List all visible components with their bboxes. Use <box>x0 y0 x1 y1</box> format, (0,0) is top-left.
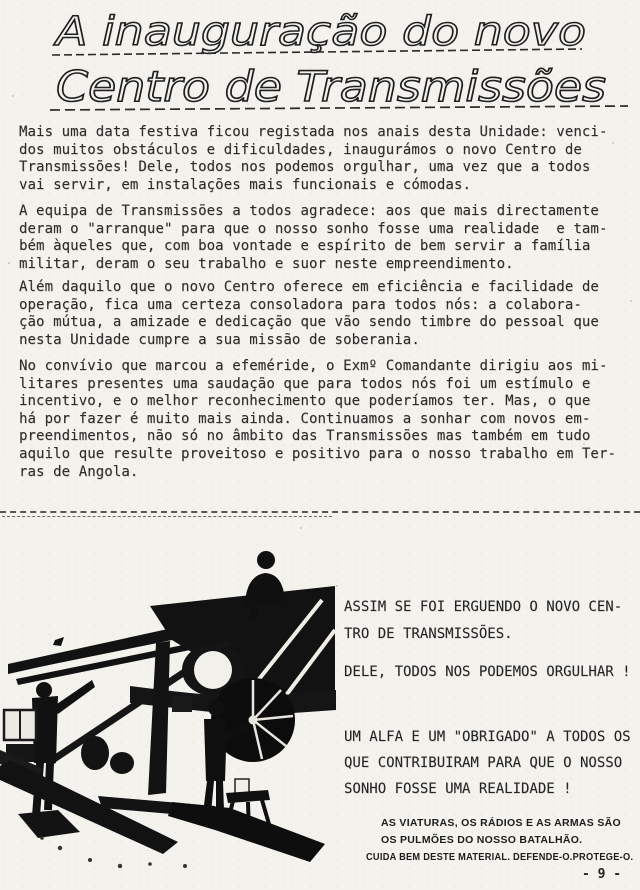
roof-structure <box>8 586 336 795</box>
title-line-2: Centro de Transmissões <box>56 62 606 111</box>
paragraph-3: Além daquilo que o novo Centro oferece e… <box>19 279 639 349</box>
paragraph-2: A equipa de Transmissões a todos agradec… <box>19 203 639 273</box>
photo-caption-1: ASSIM SE FOI ERGUENDO O NOVO CEN- TRO DE… <box>344 594 622 648</box>
photo-caption-2: DELE, TODOS NOS PODEMOS ORGULHAR ! <box>344 664 631 680</box>
section-divider-segment <box>2 516 332 517</box>
title-line-1: A inauguração do novo <box>53 9 586 55</box>
paper-speck <box>630 300 632 302</box>
page-title: A inauguração do novo Centro de Transmis… <box>0 4 640 118</box>
footer-slogan-line-2: OS PULMÕES DO NOSSO BATALHÃO. <box>381 834 582 846</box>
construction-photo <box>0 548 336 882</box>
paper-speck <box>8 262 10 264</box>
footer-slogan-line-1: AS VIATURAS, OS RÁDIOS E AS ARMAS SÃO <box>381 817 621 829</box>
paragraph-4: No convívio que marcou a efeméride, o Ex… <box>19 358 639 481</box>
paper-speck <box>300 527 302 529</box>
paper-speck <box>583 443 585 445</box>
footer-slogan-line-3: CUIDA BEM DESTE MATERIAL. DEFENDE-O.PROT… <box>366 851 633 863</box>
page-number: - 9 - <box>582 867 621 882</box>
paper-speck <box>612 142 614 144</box>
photo-caption-3: UM ALFA E UM "OBRIGADO" A TODOS OS QUE C… <box>344 724 631 802</box>
paper-speck <box>336 585 338 587</box>
scanned-page: A inauguração do novo Centro de Transmis… <box>0 0 640 890</box>
paper-speck <box>12 95 14 97</box>
paragraph-1: Mais uma data festiva ficou registada no… <box>19 124 639 194</box>
section-divider <box>0 511 640 513</box>
